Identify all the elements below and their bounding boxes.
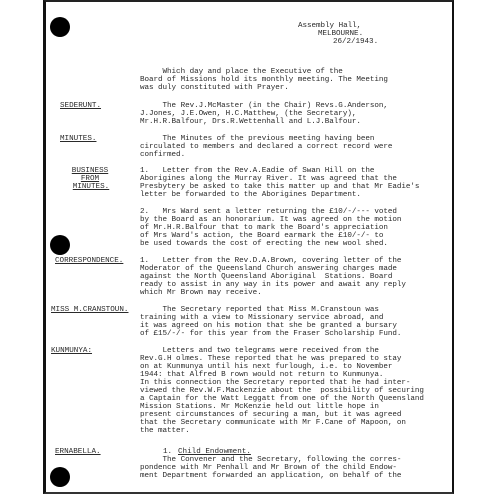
section-label-minutes: MINUTES. [60,135,96,143]
punch-hole-bottom [50,467,70,487]
section-label-sederunt: SEDERUNT. [60,102,101,110]
section-label-correspondence: CORRESPONDENCE. [55,257,123,265]
section-label-kunmunya: KUNMUNYA: [51,347,92,355]
punch-hole-middle [50,235,70,255]
header-date: 26/2/1943. [333,38,378,46]
section-label-miss-cranstoun: MISS M.CRANSTOUN. [51,306,128,314]
section-label-ernabella: ERNABELLA. [55,448,101,456]
punch-hole-top [50,17,70,37]
